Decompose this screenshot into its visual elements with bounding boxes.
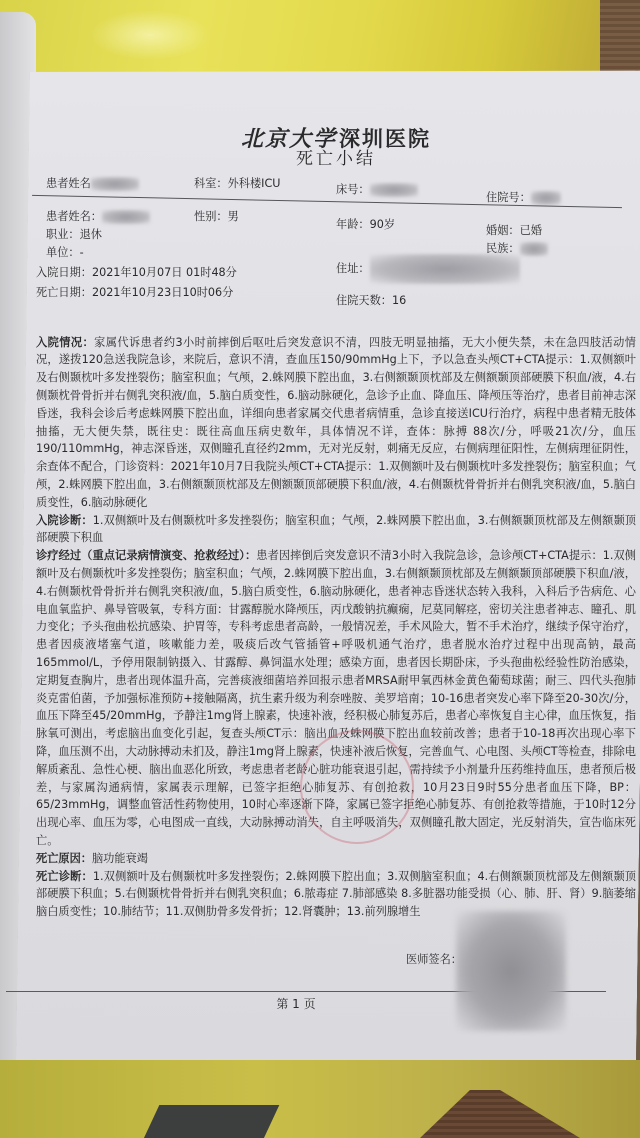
background-dark-object: [141, 1105, 280, 1138]
hospital-suffix: 深圳医院: [339, 126, 431, 151]
admission-status-label: 入院情况：: [36, 336, 94, 349]
stay-days-value: 16: [392, 294, 406, 307]
header-bed: 床号：: [336, 181, 418, 199]
redacted-name: [91, 177, 139, 191]
info-name: 患者姓名：: [46, 208, 150, 226]
signature-area: 医师签名：: [36, 921, 636, 991]
admit-date-value: 2021年10月07日 01时48分: [92, 266, 237, 279]
admit-date-label: 入院日期：: [36, 266, 92, 279]
document-title: 死亡小结: [36, 151, 636, 169]
info-occupation: 职业：退休: [46, 226, 102, 244]
death-cause: 死亡原因：脑功能衰竭: [36, 850, 636, 868]
death-cause-label: 死亡原因：: [36, 852, 92, 865]
admission-status-text: 家属代诉患者约3小时前摔倒后呕吐后突发意识不清，四肢无明显抽搐，无大小便失禁，未…: [36, 336, 636, 509]
stay-days-label: 住院天数：: [336, 294, 392, 307]
info-stay-days: 住院天数：16: [336, 292, 406, 310]
admission-diagnosis: 入院诊断：1.双侧额叶及右侧颞枕叶多发挫裂伤；脑室积血；气颅，2.蛛网膜下腔出血…: [36, 512, 636, 548]
death-diagnosis-label: 死亡诊断：: [36, 870, 93, 883]
death-cause-text: 脑功能衰竭: [92, 852, 148, 865]
info-marital: 婚姻：已婚: [486, 222, 542, 240]
info-admit-date: 入院日期：2021年10月07日 01时48分: [36, 264, 237, 282]
marital-label: 婚姻：: [486, 224, 520, 237]
hospital-name: 北京大学深圳医院: [36, 130, 636, 149]
redacted-address: [370, 254, 520, 284]
unit-label: 单位：: [46, 246, 80, 259]
treatment-course-label: 诊疗经过（重点记录病情演变、抢救经过）：: [36, 549, 256, 562]
info-age: 年龄：90岁: [336, 216, 395, 234]
gender-label: 性别：: [194, 210, 228, 223]
patient-info: 患者姓名： 性别：男 年龄：90岁 婚姻：已婚 职业：退休 民族： 单位：- 住…: [36, 208, 636, 334]
header-department: 科室：外科楼ICU: [194, 175, 280, 193]
name-label: 患者姓名：: [46, 210, 102, 223]
death-date-value: 2021年10月23日10时06分: [92, 286, 233, 299]
header-patient-name: 患者姓名: [46, 175, 139, 193]
redacted-admission-no: [531, 191, 561, 205]
bed-label: 床号：: [336, 183, 370, 196]
department-value: 外科楼ICU: [228, 177, 281, 190]
info-death-date: 死亡日期：2021年10月23日10时06分: [36, 284, 233, 302]
marital-value: 已婚: [520, 224, 542, 237]
info-address: 住址：: [336, 254, 520, 284]
address-label: 住址：: [336, 262, 370, 275]
admission-diagnosis-label: 入院诊断：: [36, 514, 93, 527]
age-value: 90岁: [370, 218, 395, 231]
redacted-signature: [456, 911, 566, 1031]
gender-value: 男: [228, 210, 239, 223]
signature-label: 医师签名：: [406, 951, 462, 969]
redacted-patient-name: [102, 210, 150, 224]
info-unit: 单位：-: [46, 244, 84, 262]
admission-no-label: 住院号：: [486, 191, 531, 204]
age-label: 年龄：: [336, 218, 370, 231]
death-summary-document: 北京大学深圳医院 死亡小结 患者姓名 科室：外科楼ICU 床号： 住院号： 患者…: [36, 130, 636, 1014]
admission-diagnosis-text: 1.双侧额叶及右侧颞枕叶多发挫裂伤；脑室积血；气颅，2.蛛网膜下腔出血，3.右侧…: [36, 514, 636, 545]
info-gender: 性别：男: [194, 208, 239, 226]
occupation-label: 职业：: [46, 228, 80, 241]
occupation-value: 退休: [80, 228, 102, 241]
department-label: 科室：: [194, 177, 228, 190]
redacted-ethnicity: [520, 242, 548, 256]
header-patient-name-label: 患者姓名: [46, 177, 91, 190]
header-row: 患者姓名 科室：外科楼ICU 床号： 住院号：: [36, 175, 636, 197]
admission-status: 入院情况：家属代诉患者约3小时前摔倒后呕吐后突发意识不清，四肢无明显抽搐，无大小…: [36, 334, 636, 512]
redacted-bed: [370, 183, 418, 197]
hospital-stamp: [300, 730, 414, 844]
unit-value: -: [80, 246, 84, 259]
death-date-label: 死亡日期：: [36, 286, 92, 299]
